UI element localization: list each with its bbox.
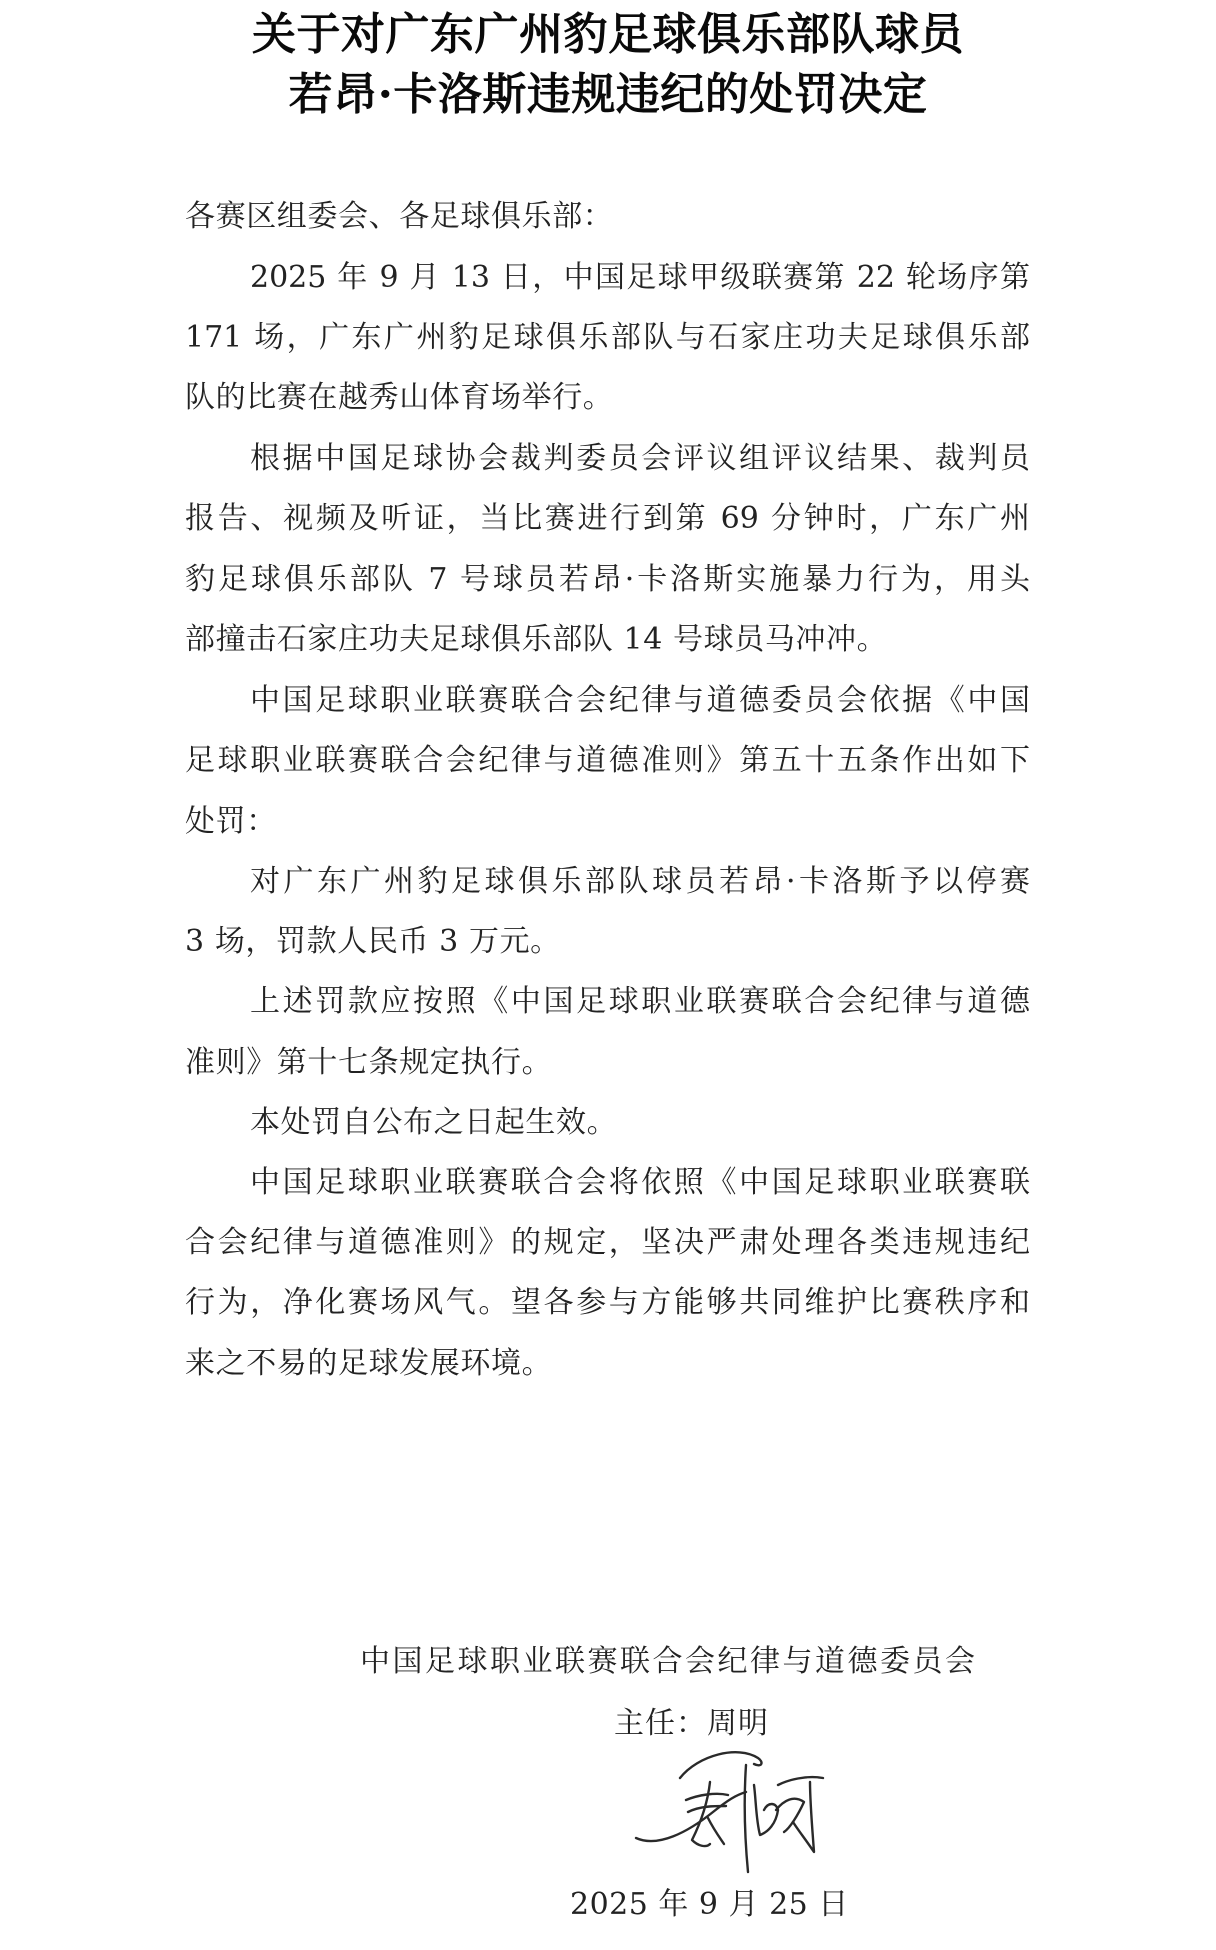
paragraph-2-line-1: 根据中国足球协会裁判委员会评议组评议结果、裁判员 bbox=[250, 439, 1030, 479]
paragraph-7-line-1: 中国足球职业联赛联合会将依照《中国足球职业联赛联 bbox=[250, 1163, 1030, 1203]
document-title-line-1: 关于对广东广州豹足球俱乐部队球员 bbox=[0, 10, 1216, 60]
director-name: 主任：周明 bbox=[614, 1704, 769, 1744]
decision-date: 2025 年 9 月 25 日 bbox=[570, 1885, 849, 1925]
paragraph-7-line-3: 行为，净化赛场风气。望各参与方能够共同维护比赛秩序和 bbox=[185, 1283, 1030, 1323]
paragraph-1-line-3: 队的比赛在越秀山体育场举行。 bbox=[185, 378, 613, 418]
paragraph-4-line-2: 3 场，罚款人民币 3 万元。 bbox=[185, 922, 561, 962]
paragraph-1-line-2: 171 场，广东广州豹足球俱乐部队与石家庄功夫足球俱乐部 bbox=[185, 318, 1030, 358]
paragraph-2-line-2: 报告、视频及听证，当比赛进行到第 69 分钟时，广东广州 bbox=[185, 499, 1030, 539]
paragraph-5-line-1: 上述罚款应按照《中国足球职业联赛联合会纪律与道德 bbox=[250, 982, 1030, 1022]
paragraph-2-line-3: 豹足球俱乐部队 7 号球员若昂·卡洛斯实施暴力行为，用头 bbox=[185, 560, 1030, 600]
salutation: 各赛区组委会、各足球俱乐部： bbox=[185, 197, 613, 237]
paragraph-7-line-2: 合会纪律与道德准则》的规定，坚决严肃处理各类违规违纪 bbox=[185, 1223, 1030, 1263]
paragraph-2-line-4: 部撞击石家庄功夫足球俱乐部队 14 号球员马冲冲。 bbox=[185, 620, 887, 660]
document-title-line-2: 若昂·卡洛斯违规违纪的处罚决定 bbox=[0, 70, 1216, 120]
paragraph-5-line-2: 准则》第十七条规定执行。 bbox=[185, 1043, 552, 1083]
handwritten-signature bbox=[628, 1740, 838, 1875]
paragraph-3-line-3: 处罚： bbox=[185, 802, 277, 842]
paragraph-1-line-1: 2025 年 9 月 13 日，中国足球甲级联赛第 22 轮场序第 bbox=[250, 258, 1030, 298]
issuing-organization: 中国足球职业联赛联合会纪律与道德委员会 bbox=[360, 1642, 975, 1682]
paragraph-4-line-1: 对广东广州豹足球俱乐部队球员若昂·卡洛斯予以停赛 bbox=[250, 862, 1030, 902]
paragraph-7-line-4: 来之不易的足球发展环境。 bbox=[185, 1344, 552, 1384]
paragraph-3-line-1: 中国足球职业联赛联合会纪律与道德委员会依据《中国 bbox=[250, 681, 1030, 721]
paragraph-3-line-2: 足球职业联赛联合会纪律与道德准则》第五十五条作出如下 bbox=[185, 741, 1030, 781]
paragraph-6-line-1: 本处罚自公布之日起生效。 bbox=[250, 1103, 617, 1143]
